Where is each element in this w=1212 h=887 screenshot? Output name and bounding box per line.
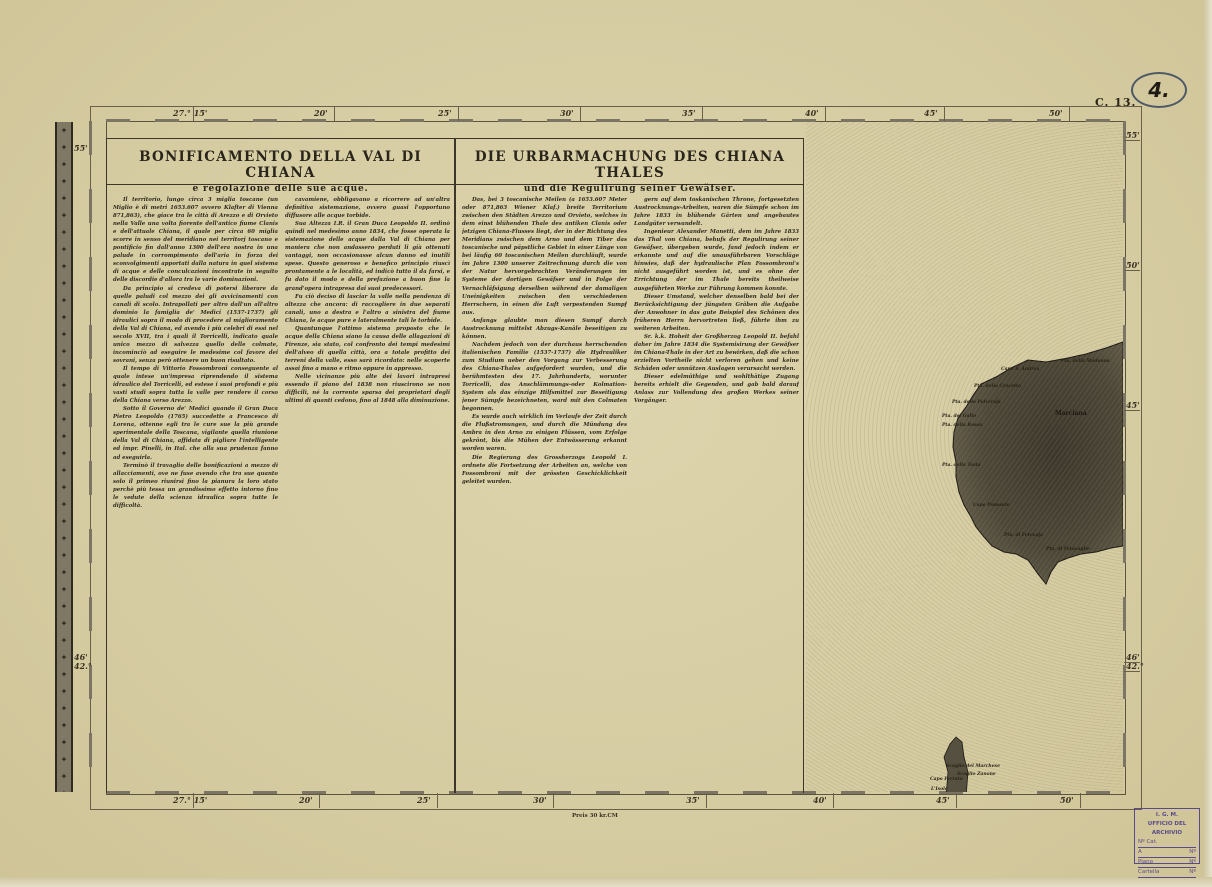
graticule-tick [1080, 793, 1081, 808]
italian-title-block: BONIFICAMENTO DELLA VAL DI CHIANA e rego… [107, 139, 454, 185]
graticule-label: 25' [438, 108, 452, 118]
ornament-fleuron-icon: ✦ [57, 615, 71, 632]
german-text-column-1: Das, bei 3 toscanische Meilen (a 1653.60… [462, 196, 627, 786]
graticule-label: 40' [813, 795, 827, 805]
graticule-tick [1069, 106, 1070, 121]
right-degree-scale [1123, 121, 1126, 793]
ornament-fleuron-icon: ✦ [57, 190, 71, 207]
ornament-fleuron-icon: ✦ [57, 360, 71, 377]
place-label: Scoglio del Marchese [946, 764, 1000, 769]
graticule-label: 30' [560, 108, 574, 118]
archive-stamp-row: CartellaNº [1138, 868, 1196, 878]
ornament-fleuron-icon: ✦ [57, 394, 71, 411]
left-degree-scale [89, 121, 92, 793]
ornament-fleuron-icon: ✦ [57, 309, 71, 326]
graticule-tick [334, 106, 335, 121]
ornament-fleuron-icon: ✦ [57, 717, 71, 734]
graticule-label: 45' [936, 795, 950, 805]
text-paragraph: gern auf dem toskanischen Throne, fortge… [634, 196, 799, 228]
text-paragraph: Anfangs glaubte man diesen Sumpf durch A… [462, 317, 627, 341]
graticule-label: 40' [805, 108, 819, 118]
place-label: Capo Pomonte [973, 503, 1009, 508]
text-paragraph: Quantunque l'ottimo sistema proposto che… [285, 325, 450, 373]
archive-stamp-row: ANº [1138, 848, 1196, 858]
graticule-tick [319, 793, 320, 808]
graticule-label: 27.° 15' [173, 108, 207, 118]
ornament-fleuron-icon: ✦ [57, 445, 71, 462]
ornament-fleuron-icon: ✦ [57, 428, 71, 445]
graticule-label: 30' [533, 795, 547, 805]
text-paragraph: Sua Altezza I.R. il Gran Duca Leopoldo I… [285, 220, 450, 292]
ornament-fleuron-icon: ✦ [57, 326, 71, 343]
graticule-label: 42.° [74, 661, 92, 671]
stamp-number: 4. [1148, 78, 1170, 102]
graticule-tick [833, 793, 834, 808]
ornament-fleuron-icon: ✦ [57, 700, 71, 717]
graticule-label: 50' [1126, 260, 1140, 270]
german-title: DIE URBARMACHUNG DES CHIANA THALES [456, 149, 804, 181]
text-paragraph: Da principio si credeva di potersi liber… [113, 285, 278, 365]
place-label: Marciana [1055, 410, 1087, 417]
place-label: Pta. della Rossa [942, 423, 982, 428]
graticule-label: 20' [314, 108, 328, 118]
place-label: Capo S. Andrea [1001, 367, 1040, 372]
graticule-tick [193, 106, 194, 121]
ornament-fleuron-icon: ✦ [57, 496, 71, 513]
ornament-fleuron-icon: ✦ [57, 683, 71, 700]
place-label: Pta. di Fetovaglie [1046, 547, 1090, 552]
graticule-tick [944, 106, 945, 121]
graticule-label: 50' [1060, 795, 1074, 805]
graticule-label: 45' [1126, 400, 1140, 410]
graticule-label: 55' [74, 143, 88, 153]
text-paragraph: Sr. k.k. Hoheit der Großherzog Leopold I… [634, 333, 799, 373]
graticule-label: 35' [686, 795, 700, 805]
ornament-fleuron-icon: ✦ [57, 377, 71, 394]
ornament-fleuron-icon: ✦ [57, 751, 71, 768]
graticule-label: 27.° 15' [173, 795, 207, 805]
graticule-label: 42.° [1126, 661, 1144, 671]
ornament-fleuron-icon: ✦ [57, 632, 71, 649]
graticule-tick [458, 106, 459, 121]
ornament-fleuron-icon: ✦ [57, 207, 71, 224]
ornament-fleuron-icon: ✦ [57, 666, 71, 683]
text-paragraph: Dieser Umstand, welcher denselben bald b… [634, 293, 799, 333]
place-label: L'Isola [931, 787, 948, 792]
graticule-label: 20' [299, 795, 313, 805]
place-label: Pta. della Crocetta [974, 384, 1021, 389]
ornament-fleuron-icon: ✦ [57, 462, 71, 479]
graticule-tick [1124, 140, 1140, 141]
archive-oval-stamp: 4. [1131, 72, 1187, 108]
german-title-block: DIE URBARMACHUNG DES CHIANA THALES und d… [456, 139, 804, 185]
ornament-fleuron-icon: ✦ [57, 224, 71, 241]
graticule-label: 35' [682, 108, 696, 118]
text-paragraph: Ingenieur Alexander Manetti, dem im Jahr… [634, 228, 799, 292]
ornament-fleuron-icon: ✦ [57, 564, 71, 581]
italian-title: BONIFICAMENTO DELLA VAL DI CHIANA [107, 149, 454, 181]
ornament-fleuron-icon: ✦ [57, 241, 71, 258]
elba-island-relief [806, 122, 1123, 792]
sheet-edge [0, 877, 1212, 887]
text-paragraph: Terminò il travaglio delle bonificazioni… [113, 462, 278, 510]
graticule-tick [1124, 410, 1140, 411]
graticule-label: 55' [1126, 130, 1140, 140]
graticule-tick [956, 793, 957, 808]
text-paragraph: Il territorio, lungo circa 3 miglia tosc… [113, 196, 278, 285]
ornament-fleuron-icon: ✦ [57, 122, 71, 139]
german-subtitle: und die Regulirung seiner Gewäfser. [456, 184, 804, 194]
place-label: Pta. del Gallo [942, 414, 976, 419]
graticule-tick [580, 106, 581, 121]
graticule-tick [193, 793, 194, 808]
graticule-tick [437, 793, 438, 808]
place-label: Pta. della Testa [942, 463, 981, 468]
ornament-fleuron-icon: ✦ [57, 547, 71, 564]
graticule-label: 25' [417, 795, 431, 805]
place-label: Pta. di Fetovaja [1004, 533, 1043, 538]
text-paragraph: Die Regierung des Grossherzogs Leopold I… [462, 454, 627, 486]
archive-stamp-header: I. G. M. [1138, 811, 1196, 820]
place-label: Capo Ferrato [930, 777, 963, 782]
text-paragraph: Il tempo di Vittorio Fossombroni consegu… [113, 365, 278, 405]
ornament-fleuron-icon: ✦ [57, 530, 71, 547]
graticule-tick [702, 106, 703, 121]
price-note: Preis 30 kr.CM [572, 813, 618, 819]
italian-subtitle: e regolazione delle sue acque. [107, 184, 454, 194]
ornament-fleuron-icon: ✦ [57, 479, 71, 496]
text-paragraph: Nelle vicinanze più alte dei lavori intr… [285, 373, 450, 405]
place-label: Pta. della Polveraja [952, 400, 1001, 405]
ornament-fleuron-icon: ✦ [57, 292, 71, 309]
italian-text-column-2: cavamiene, obbligavano a ricorrere ad un… [285, 196, 450, 786]
graticule-label: 45' [924, 108, 938, 118]
sheet-edge [1204, 0, 1212, 887]
ornament-fleuron-icon: ✦ [57, 768, 71, 785]
text-paragraph: cavamiene, obbligavano a ricorrere ad un… [285, 196, 450, 220]
map-area [806, 122, 1123, 792]
ornament-fleuron-icon: ✦ [57, 734, 71, 751]
archive-stamp-row: Nº Cat. [1138, 838, 1196, 848]
ornament-fleuron-icon: ✦ [57, 513, 71, 530]
graticule-tick [706, 793, 707, 808]
archive-stamp: I. G. M. UFFICIO DEL ARCHIVIO Nº Cat. AN… [1134, 808, 1200, 864]
ornament-fleuron-icon: ✦ [57, 649, 71, 666]
ornament-fleuron-icon: ✦ [57, 581, 71, 598]
graticule-tick [553, 793, 554, 808]
italian-text-column-1: Il territorio, lungo circa 3 miglia tosc… [113, 196, 278, 786]
place-label: Pta. della Madonna [1061, 359, 1110, 364]
graticule-tick [1124, 671, 1140, 672]
archive-stamp-row: PianoNº [1138, 858, 1196, 868]
graticule-tick [1124, 270, 1140, 271]
ornamental-border: ✦✦✦✦✦✦✦✦✦✦✦✦✦✦✦✦✦✦✦✦✦✦✦✦✦✦✦✦✦✦✦✦✦✦✦✦✦✦✦✦ [55, 122, 73, 792]
text-paragraph: Dieser edelmüthige und wohlthätige Zugan… [634, 373, 799, 405]
text-paragraph: Das, bei 3 toscanische Meilen (a 1653.60… [462, 196, 627, 317]
ornament-fleuron-icon: ✦ [57, 139, 71, 156]
column-divider [454, 138, 456, 793]
ornament-fleuron-icon: ✦ [57, 258, 71, 275]
graticule-tick [825, 106, 826, 121]
ornament-fleuron-icon: ✦ [57, 411, 71, 428]
text-paragraph: Fu ciò deciso di lasciar la valle nella … [285, 293, 450, 325]
text-paragraph: Es wurde auch wirklich im Verlaufe der Z… [462, 413, 627, 453]
text-paragraph: Nachdem jedoch von der durchaus herrsche… [462, 341, 627, 413]
german-text-column-2: gern auf dem toskanischen Throne, fortge… [634, 196, 799, 786]
ornament-fleuron-icon: ✦ [57, 598, 71, 615]
ornament-fleuron-icon: ✦ [57, 343, 71, 360]
sheet-number: C. 13. [1095, 96, 1136, 109]
ornament-fleuron-icon: ✦ [57, 785, 71, 792]
text-paragraph: Sotto il Governo de' Medici quando il Gr… [113, 405, 278, 461]
ornament-fleuron-icon: ✦ [57, 156, 71, 173]
ornament-fleuron-icon: ✦ [57, 275, 71, 292]
ornament-fleuron-icon: ✦ [57, 173, 71, 190]
archive-stamp-subheader: UFFICIO DEL ARCHIVIO [1138, 820, 1196, 838]
graticule-label: 50' [1049, 108, 1063, 118]
